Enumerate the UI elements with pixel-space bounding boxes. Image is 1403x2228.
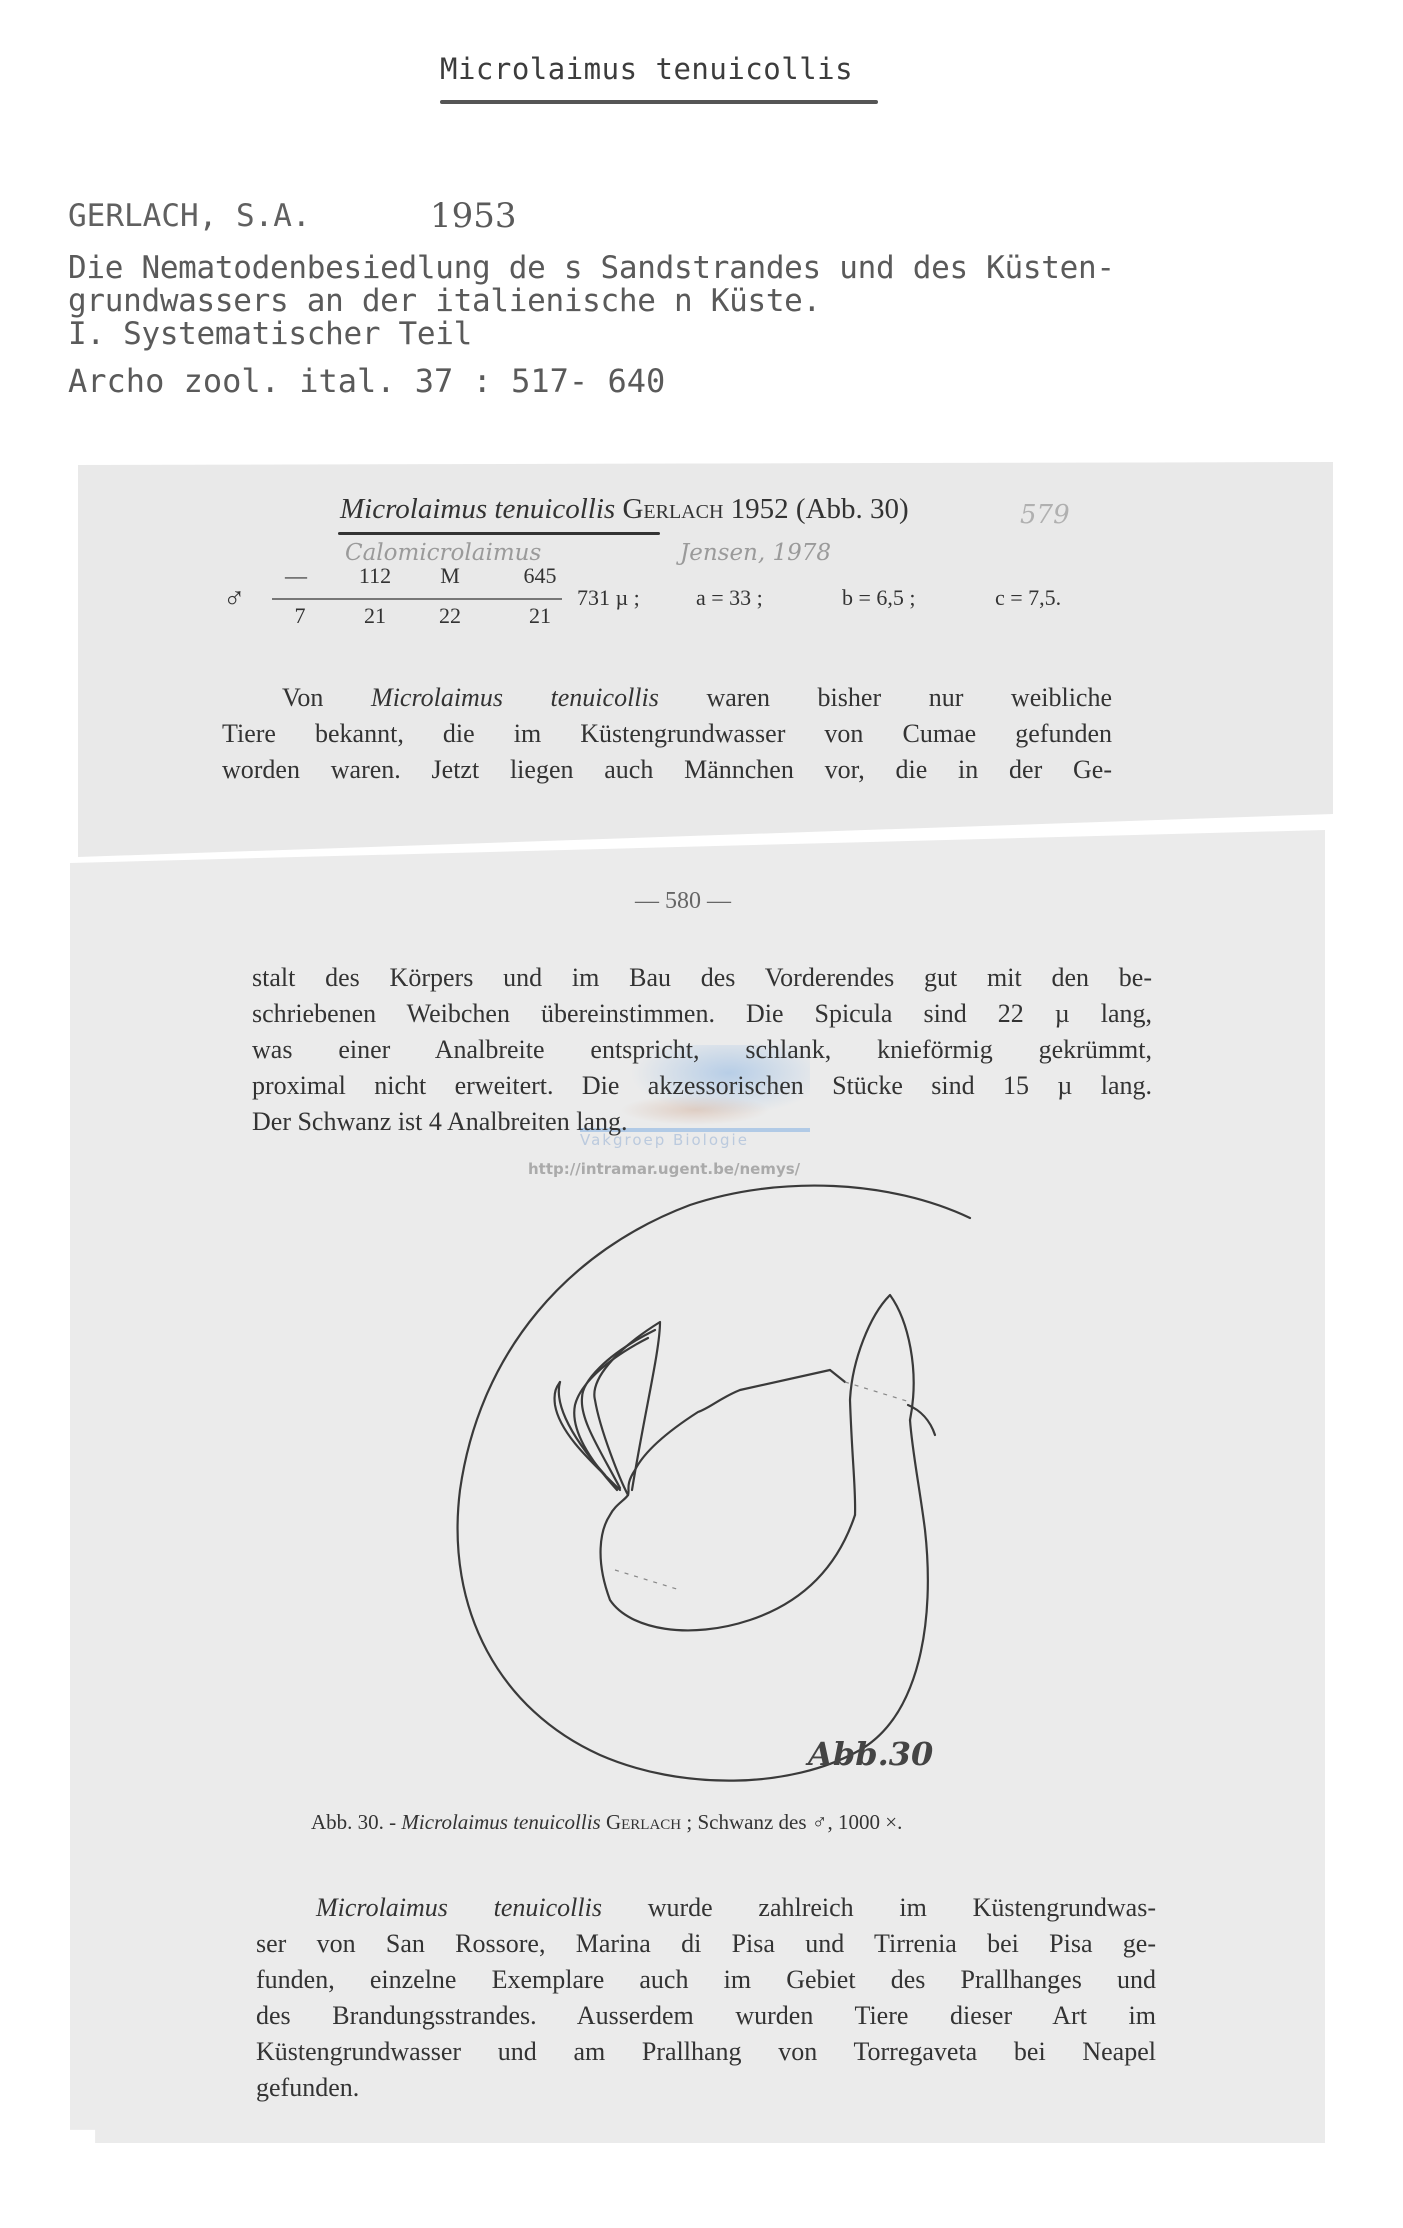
reference-title-line: I. Systematischer Teil [68, 316, 472, 352]
paragraph-line: ser von San Rossore, Marina di Pisa und … [256, 1926, 1156, 1962]
reference-year: 1953 [430, 196, 517, 236]
handwritten-author-note: Jensen, 1978 [680, 540, 831, 566]
male-symbol-icon: ♂ [223, 582, 246, 616]
paragraph-line: Der Schwanz ist 4 Analbreiten lang. [252, 1104, 1152, 1140]
description-paragraph: Von Microlaimus tenuicollis waren bisher… [222, 680, 1112, 788]
species-name: Microlaimus tenuicollis [316, 1893, 602, 1922]
paragraph-line: worden waren. Jetzt liegen auch Männchen… [222, 752, 1112, 788]
formula-numerator: 112 [345, 563, 405, 589]
paragraph-line: Tiere bekannt, die im Küstengrundwasser … [222, 716, 1112, 752]
nematode-tail-drawing [420, 1150, 1020, 1800]
formula-c-ratio: c = 7,5. [995, 585, 1061, 611]
paragraph-line: des Brandungsstrandes. Ausserdem wurden … [256, 1998, 1156, 2034]
paragraph-line: schriebenen Weibchen übereinstimmen. Die… [252, 996, 1152, 1032]
scanned-document-page: Microlaimus tenuicollis GERLACH, S.A. 19… [0, 0, 1403, 2228]
species-author: Gerlach [622, 493, 723, 525]
species-year-figure: 1952 (Abb. 30) [731, 493, 909, 525]
paragraph-line: stalt des Körpers und im Bau des Vordere… [252, 960, 1152, 996]
formula-b-ratio: b = 6,5 ; [842, 585, 916, 611]
description-paragraph-continued: stalt des Körpers und im Bau des Vordere… [252, 960, 1152, 1140]
figure-label: Abb.30 [808, 1735, 933, 1773]
reference-title-line: Die Nematodenbesiedlung de s Sandstrande… [68, 250, 1115, 286]
formula-total-length: 731 µ ; [577, 585, 640, 611]
paragraph-line: proximal nicht erweitert. Die akzessoris… [252, 1068, 1152, 1104]
figure-caption: Abb. 30. - Microlaimus tenuicollis Gerla… [311, 1810, 902, 1835]
paragraph-line: was einer Analbreite entspricht, schlank… [252, 1032, 1152, 1068]
formula-denominator: 21 [345, 603, 405, 629]
formula-denominator: 7 [270, 603, 330, 629]
species-underline [338, 532, 660, 535]
formula-denominator: 21 [510, 603, 570, 629]
species-name: Microlaimus tenuicollis [340, 493, 615, 525]
species-heading: Microlaimus tenuicollis Gerlach 1952 (Ab… [340, 493, 909, 526]
title-underline [440, 100, 878, 104]
paragraph-line: gefunden. [256, 2070, 1156, 2106]
species-name: Microlaimus tenuicollis [371, 683, 659, 712]
formula-numerator: — [266, 563, 326, 589]
formula-fraction-bar [272, 598, 562, 600]
formula-a-ratio: a = 33 ; [696, 585, 763, 611]
formula-numerator: 645 [510, 563, 570, 589]
reference-author: GERLACH, S.A. [68, 198, 311, 234]
document-title: Microlaimus tenuicollis [440, 52, 853, 86]
formula-denominator: 22 [420, 603, 480, 629]
page-number: — 580 — [635, 888, 731, 915]
paragraph-line: funden, einzelne Exemplare auch im Gebie… [256, 1962, 1156, 1998]
reference-title-line: grundwassers an der italienische n Küste… [68, 283, 821, 319]
distribution-paragraph: Microlaimus tenuicollis wurde zahlreich … [256, 1890, 1156, 2106]
paragraph-line: Küstengrundwasser und am Prallhang von T… [256, 2034, 1156, 2070]
species-author: Gerlach [606, 1810, 681, 1834]
handwritten-page-note: 579 [1020, 500, 1070, 530]
species-name: Microlaimus tenuicollis [401, 1810, 600, 1834]
formula-numerator: M [420, 563, 480, 589]
paragraph-line: Microlaimus tenuicollis wurde zahlreich … [256, 1890, 1156, 1926]
reference-journal: Archo zool. ital. 37 : 517- 640 [68, 362, 665, 400]
paragraph-line: Von Microlaimus tenuicollis waren bisher… [222, 680, 1112, 716]
